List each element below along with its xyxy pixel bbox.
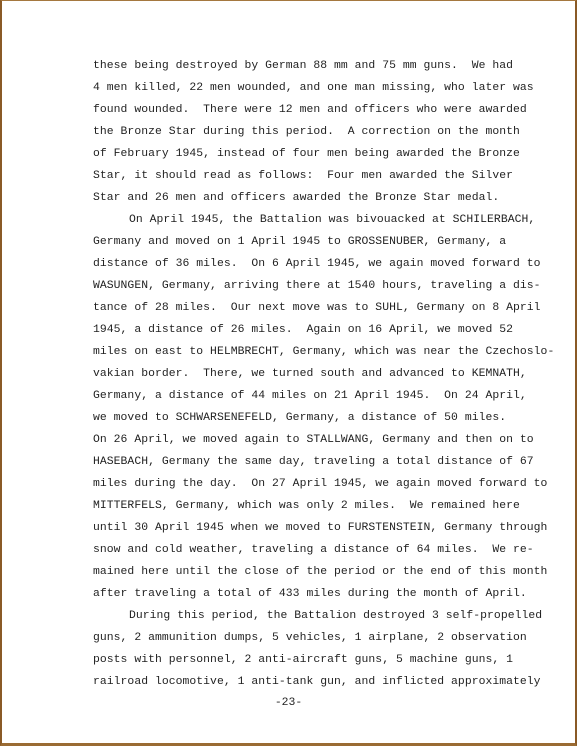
text-line: tance of 28 miles. Our next move was to …	[93, 297, 553, 319]
text-line: Germany and moved on 1 April 1945 to GRO…	[93, 231, 553, 253]
text-line: miles on east to HELMBRECHT, Germany, wh…	[93, 341, 553, 363]
text-line: posts with personnel, 2 anti-aircraft gu…	[93, 649, 553, 671]
paragraph: these being destroyed by German 88 mm an…	[93, 55, 553, 209]
text-line: found wounded. There were 12 men and off…	[93, 99, 553, 121]
text-line: snow and cold weather, traveling a dista…	[93, 539, 553, 561]
paragraph: During this period, the Battalion destro…	[93, 605, 553, 693]
text-line: 4 men killed, 22 men wounded, and one ma…	[93, 77, 553, 99]
paragraph: On April 1945, the Battalion was bivouac…	[93, 209, 553, 605]
text-line: WASUNGEN, Germany, arriving there at 154…	[93, 275, 553, 297]
text-line: 1945, a distance of 26 miles. Again on 1…	[93, 319, 553, 341]
text-line: Star, it should read as follows: Four me…	[93, 165, 553, 187]
text-line: until 30 April 1945 when we moved to FUR…	[93, 517, 553, 539]
text-line: we moved to SCHWARSENEFELD, Germany, a d…	[93, 407, 553, 429]
text-line: guns, 2 ammunition dumps, 5 vehicles, 1 …	[93, 627, 553, 649]
text-line: vakian border. There, we turned south an…	[93, 363, 553, 385]
text-line: On 26 April, we moved again to STALLWANG…	[93, 429, 553, 451]
text-line: mained here until the close of the perio…	[93, 561, 553, 583]
text-line: miles during the day. On 27 April 1945, …	[93, 473, 553, 495]
text-line: HASEBACH, Germany the same day, travelin…	[93, 451, 553, 473]
text-line: these being destroyed by German 88 mm an…	[93, 55, 553, 77]
text-line: railroad locomotive, 1 anti-tank gun, an…	[93, 671, 553, 693]
text-line: the Bronze Star during this period. A co…	[93, 121, 553, 143]
text-line: Germany, a distance of 44 miles on 21 Ap…	[93, 385, 553, 407]
text-line: On April 1945, the Battalion was bivouac…	[93, 209, 553, 231]
text-line: During this period, the Battalion destro…	[93, 605, 553, 627]
text-line: MITTERFELS, Germany, which was only 2 mi…	[93, 495, 553, 517]
page-number: -23-	[0, 697, 577, 709]
document-body: these being destroyed by German 88 mm an…	[93, 55, 553, 693]
text-line: after traveling a total of 433 miles dur…	[93, 583, 553, 605]
text-line: distance of 36 miles. On 6 April 1945, w…	[93, 253, 553, 275]
text-line: of February 1945, instead of four men be…	[93, 143, 553, 165]
text-line: Star and 26 men and officers awarded the…	[93, 187, 553, 209]
